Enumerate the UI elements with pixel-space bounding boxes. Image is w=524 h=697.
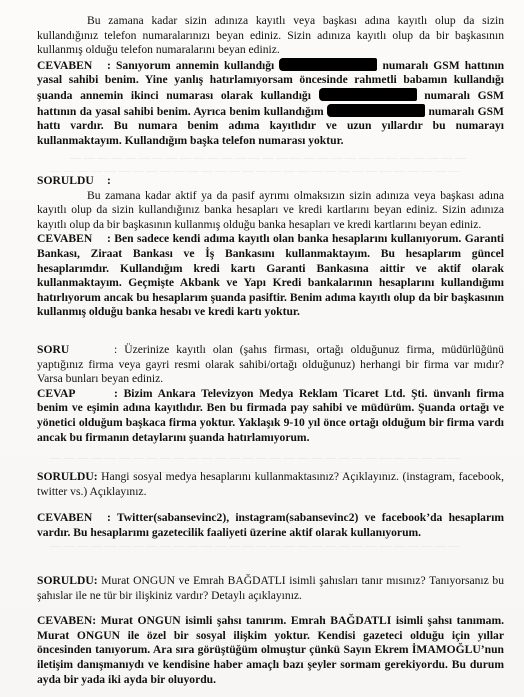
qa-block-social-media: SORULDU: Hangi sosyal medya hesaplarını … (37, 470, 504, 540)
question-body: Hangi sosyal medya hesaplarını kullanmak… (37, 470, 504, 498)
bleed-through-text: — — — — — — — — — — — — — — — — — — — — … (50, 452, 460, 464)
question-label: SORULDU (37, 174, 107, 189)
question-body: Murat ONGUN ve Emrah BAĞDATLI isimli şah… (37, 574, 504, 602)
answer-text: CEVABEN: Sanıyorum annemin kullandığı nu… (37, 58, 504, 149)
question-label: SORULDU: (37, 470, 98, 483)
answer-label: CEVAP (37, 387, 114, 402)
question-label: SORULDU: (37, 574, 98, 587)
bleed-through-text: — — — — — — — — — — — — — — — — — — — — … (50, 540, 460, 552)
qa-block-phone-numbers: Bu zamana kadar sizin adınıza kayıtlı ve… (37, 14, 504, 148)
question-heading: SORULDU: (37, 174, 504, 189)
answer-separator: : (107, 511, 111, 524)
answer-separator: : (114, 387, 118, 400)
answer-separator: : (107, 232, 111, 245)
redacted-phone-number (327, 104, 425, 117)
question-text: SORULDU: Hangi sosyal medya hesaplarını … (37, 470, 504, 499)
answer-label: CEVABEN: (37, 614, 96, 627)
answer-label: CEVABEN (37, 232, 107, 247)
question-text: Bu zamana kadar sizin adınıza kayıtlı ve… (37, 14, 504, 58)
answer-text: CEVABEN: Murat ONGUN isimli şahsı tanırı… (37, 614, 504, 687)
answer-fragment: Sanıyorum annemin kullandığı (116, 59, 274, 72)
answer-text: CEVABEN: Twitter(sabansevinc2), instagra… (37, 511, 504, 540)
answer-text: CEVABEN: Ben sadece kendi adıma kayıtlı … (37, 232, 504, 320)
qa-block-companies: SORU: Üzerinize kayıtlı olan (şahıs firm… (37, 343, 504, 445)
question-text: SORULDU: Murat ONGUN ve Emrah BAĞDATLI i… (37, 574, 504, 603)
question-text: Bu zamana kadar aktif ya da pasif ayrımı… (37, 189, 504, 233)
question-separator: : (107, 174, 111, 187)
redacted-phone-number (319, 88, 417, 101)
scanned-document-page: — — — — — — — — — — — — — — — — — — — — … (0, 0, 524, 697)
question-text: SORU: Üzerinize kayıtlı olan (şahıs firm… (37, 343, 504, 387)
qa-block-bank-accounts: SORULDU: Bu zamana kadar aktif ya da pas… (37, 174, 504, 320)
answer-label: CEVABEN (37, 511, 107, 526)
answer-separator: : (107, 59, 111, 72)
qa-block-acquaintances: SORULDU: Murat ONGUN ve Emrah BAĞDATLI i… (37, 574, 504, 687)
answer-label: CEVABEN (37, 59, 107, 74)
answer-text: CEVAP: Bizim Ankara Televizyon Medya Rek… (37, 387, 504, 445)
answer-body: Murat ONGUN isimli şahsı tanırım. Emrah … (37, 614, 504, 685)
redacted-phone-number (279, 58, 377, 71)
question-label: SORU (37, 343, 114, 358)
bleed-through-text: — — — — — — — — — — — — — — — — — — — — … (70, 152, 466, 164)
question-separator: : (114, 343, 117, 356)
